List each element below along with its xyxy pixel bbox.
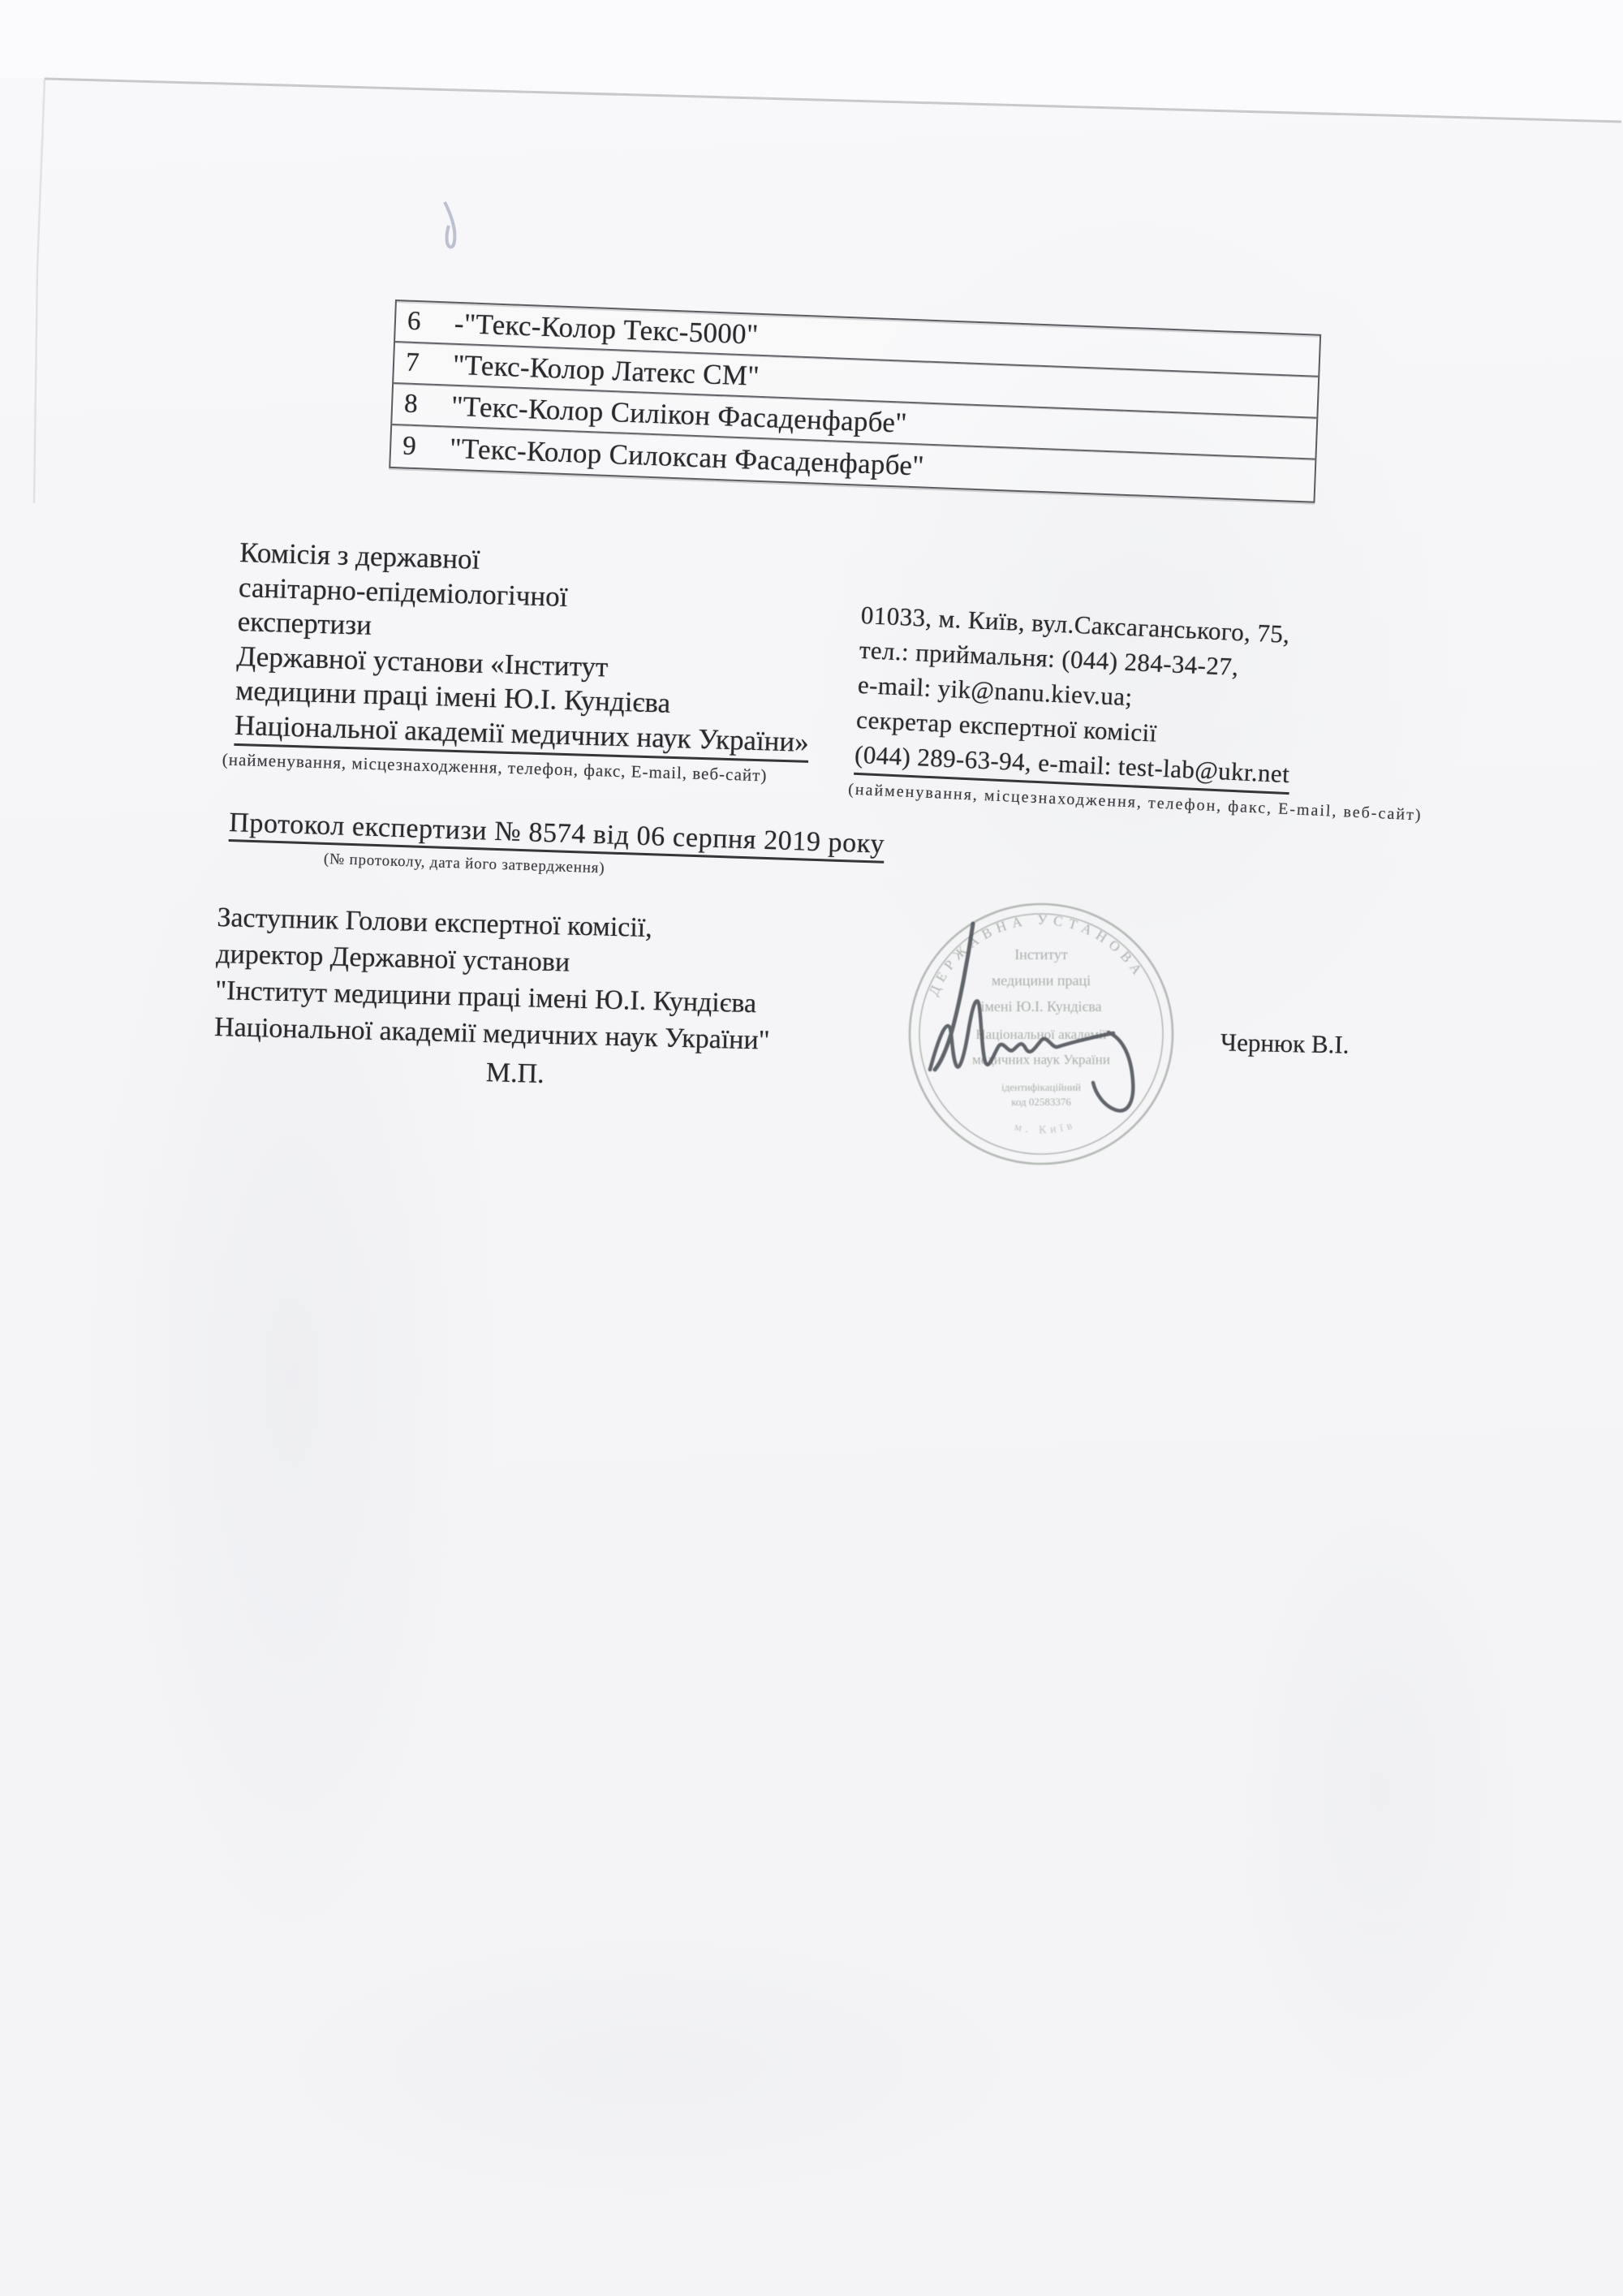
scanner-margin (0, 0, 1623, 121)
contacts-block: 01033, м. Київ, вул.Саксаганського, 75, … (853, 597, 1495, 829)
official-stamp: ДЕРЖАВНА УСТАНОВА м. Київ Інститут медиц… (896, 888, 1204, 1196)
signatory-block: Заступник Голови експертної комісії, дир… (213, 899, 866, 1100)
row-product-name: "Текс-Колор Латекс СМ" (452, 348, 760, 392)
stamp-line: код 02583376 (1011, 1096, 1071, 1108)
signatory-name: Чернюк В.І. (1220, 1027, 1350, 1059)
row-number: 7 (394, 347, 453, 380)
stamp-ring-text-bottom: м. Київ (1014, 1118, 1078, 1136)
stamp-line: медицини праці (992, 972, 1091, 989)
row-product-name: -"Текс-Колор Текс-5000" (454, 307, 759, 351)
stamp-line: імені Ю.І. Кундієва (981, 998, 1102, 1014)
svg-text:м. Київ: м. Київ (1014, 1118, 1078, 1136)
row-number: 8 (392, 389, 451, 421)
products-table: 6 -"Текс-Колор Текс-5000" 7 "Текс-Колор … (389, 299, 1321, 503)
row-number: 6 (395, 306, 454, 338)
stamp-line: ідентифікаційний (1001, 1081, 1081, 1093)
pencil-mark (445, 202, 454, 247)
stamp-inner-text: Інститут медицини праці імені Ю.І. Кунді… (972, 946, 1110, 1108)
row-number: 9 (391, 431, 450, 463)
scanned-document-page: 6 -"Текс-Колор Текс-5000" 7 "Текс-Колор … (0, 0, 1623, 2296)
stamp-line: Інститут (1014, 946, 1068, 963)
commission-block: Комісія з державної санітарно-епідеміоло… (233, 536, 913, 790)
page-top-edge (45, 79, 1621, 122)
seal-placeholder: М.П. (485, 1054, 863, 1100)
protocol-block: Протокол експертизи № 8574 від 06 серпня… (228, 808, 885, 889)
page-left-edge (34, 79, 45, 503)
